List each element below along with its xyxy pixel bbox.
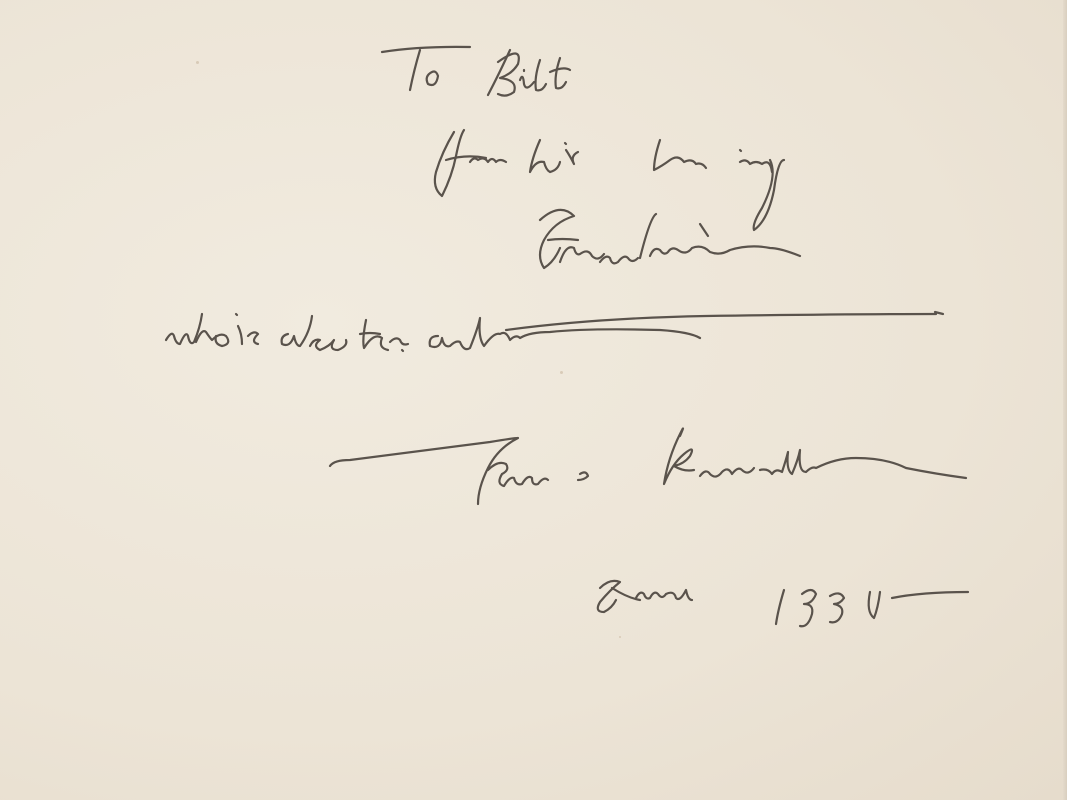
inscription-line-author: who is also the author <box>166 316 571 357</box>
inscription-line-grandma: Grandma <box>536 222 705 263</box>
inscription-line-from-his-loving: from his loving <box>436 140 710 181</box>
inscription-line-to-bill: To Bill <box>382 58 497 99</box>
signature: Eleanor Roosevelt <box>480 440 812 481</box>
handwriting-ink <box>0 0 1067 800</box>
book-page: To Bill from his loving Grandma who is a… <box>0 0 1067 800</box>
inscription-date: Xmas 1935 <box>596 580 799 621</box>
